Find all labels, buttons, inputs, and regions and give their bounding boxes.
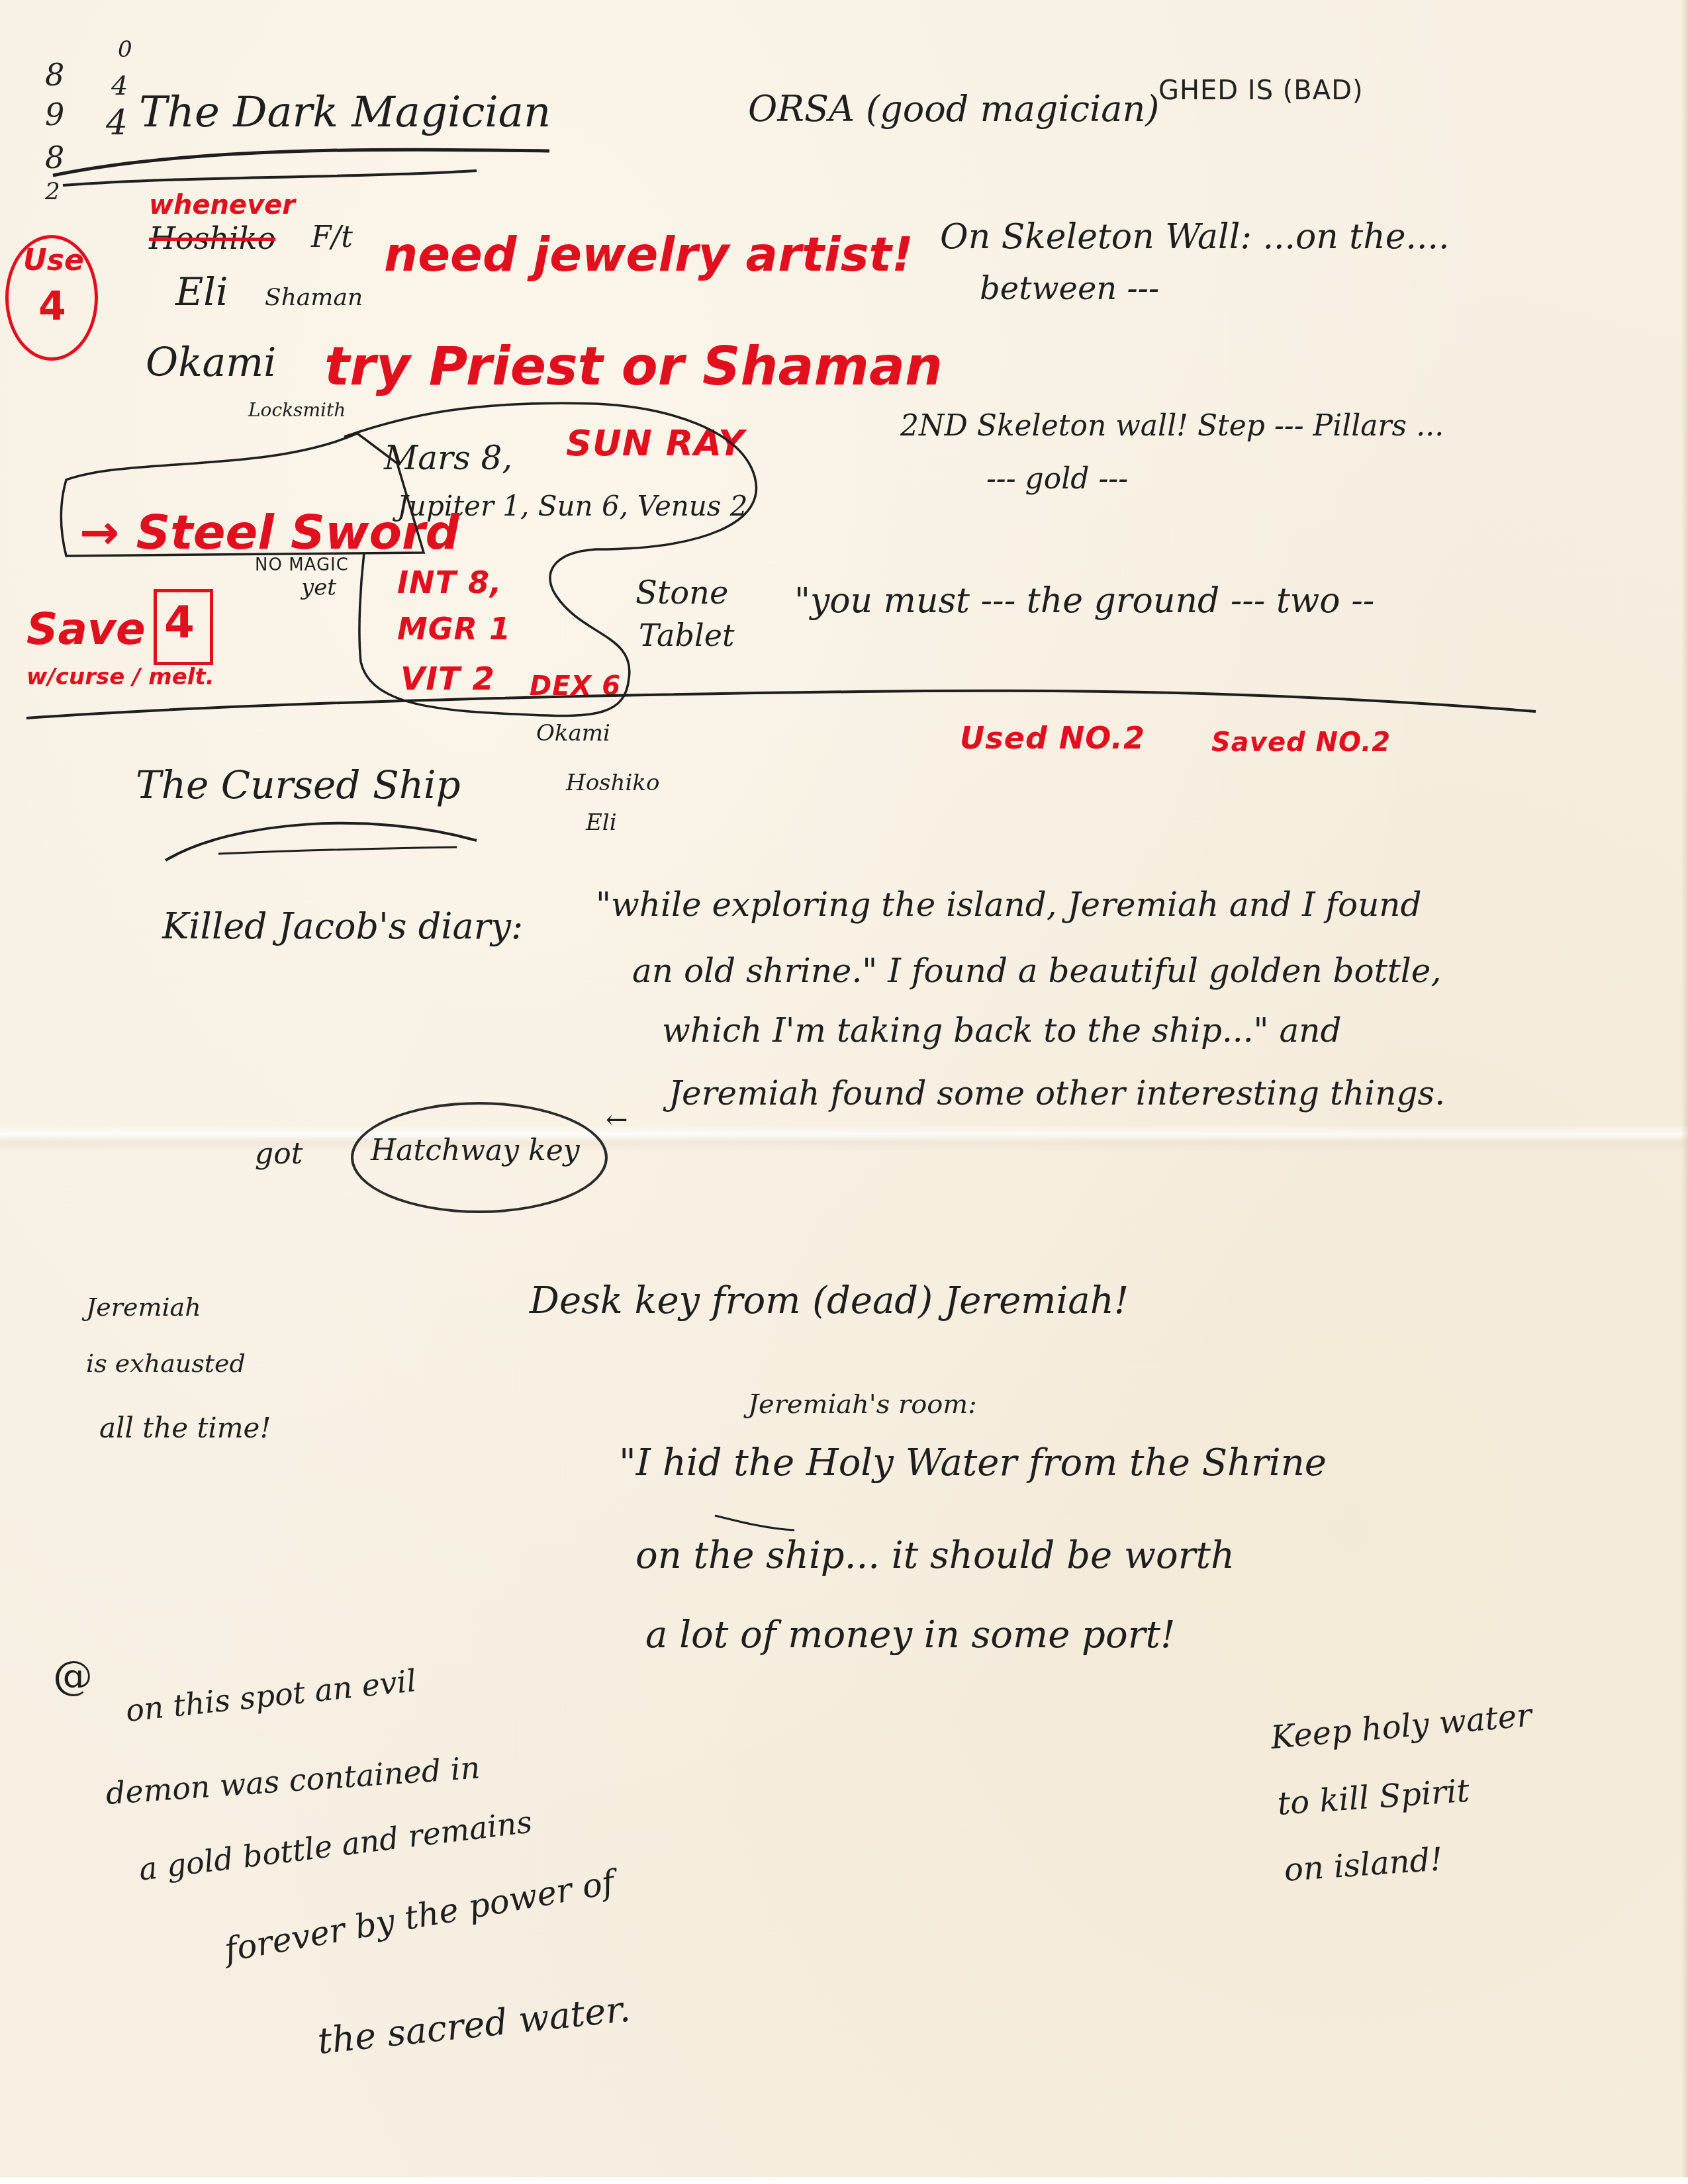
- stat-mgr: MGR 1: [397, 612, 511, 646]
- diary-label: Killed Jacob's diary:: [162, 907, 523, 946]
- jeremiah-note-line: Jeremiah: [86, 1294, 201, 1322]
- stat-dex: DEX 6: [530, 672, 621, 701]
- note-save: Save: [26, 606, 146, 654]
- margin-digit: 0: [118, 38, 132, 61]
- planets-line-1: Mars 8,: [384, 440, 512, 477]
- red-overwrite-whenever: whenever: [149, 191, 295, 220]
- section-divider: [26, 691, 1536, 718]
- paper-fold-crease: [0, 1125, 1688, 1152]
- jeremiah-note-line: all the time!: [99, 1413, 271, 1443]
- party-member: Hoshiko: [566, 771, 659, 796]
- skeleton-wall-2: 2ND Skeleton wall! Step --- Pillars ...: [900, 410, 1444, 442]
- room-quote-line: "I hid the Holy Water from the Shrine: [619, 1443, 1327, 1484]
- room-quote-line: a lot of money in some port!: [645, 1615, 1175, 1656]
- note-yet: yet: [301, 576, 336, 600]
- diary-line: "while exploring the island, Jeremiah an…: [596, 887, 1422, 923]
- note-used-no2: Used NO.2: [960, 721, 1145, 755]
- diary-line: Jeremiah found some other interesting th…: [669, 1075, 1445, 1112]
- section-title-cursed-ship: The Cursed Ship: [136, 764, 461, 807]
- note-w-curse-melt: w/curse / melt.: [26, 665, 214, 690]
- section-title-dark-magician: The Dark Magician: [139, 89, 551, 136]
- scan-bottom-margin: [0, 2177, 1688, 2184]
- margin-digit: 4: [111, 73, 128, 99]
- skeleton-wall-2-cont: --- gold ---: [986, 463, 1128, 495]
- ghed-note: GHED IS (BAD): [1158, 76, 1364, 105]
- inscription-line: the sacred water.: [316, 1989, 632, 2062]
- desk-key-note: Desk key from (dead) Jeremiah!: [530, 1281, 1129, 1322]
- room-quote-line: on the ship... it should be worth: [635, 1535, 1235, 1576]
- keep-holy-water-line: on island!: [1283, 1842, 1444, 1888]
- party-role-okami: Locksmith: [248, 400, 346, 421]
- margin-digit: 2: [45, 180, 60, 204]
- title-underline: [218, 847, 457, 854]
- got-label: got: [255, 1138, 303, 1170]
- note-sun-ray: SUN RAY: [566, 424, 745, 463]
- skeleton-wall-1: On Skeleton Wall: ...on the....: [940, 218, 1450, 256]
- item-hatchway-key: Hatchway key: [371, 1135, 580, 1167]
- at-symbol: @: [53, 1655, 93, 1698]
- stone-tablet-quote: "you must --- the ground --- two --: [794, 582, 1374, 620]
- title-underline: [165, 823, 477, 860]
- diary-line: which I'm taking back to the ship..." an…: [662, 1013, 1342, 1049]
- title-underline: [63, 171, 477, 185]
- note-try-priest-or-shaman: try Priest or Shaman: [324, 338, 943, 396]
- room-label: Jeremiah's room:: [748, 1390, 977, 1419]
- orsa-note: ORSA (good magician): [748, 89, 1159, 128]
- keep-holy-water-line: Keep holy water: [1270, 1698, 1533, 1756]
- margin-digit: 8: [45, 142, 64, 173]
- use-label: Use: [23, 245, 84, 277]
- stone-tablet-label-2: Tablet: [639, 619, 734, 653]
- arrow-left-icon: ←: [606, 1105, 628, 1134]
- stat-vit: VIT 2: [400, 662, 495, 697]
- paper-edge-shadow: [1681, 0, 1688, 2184]
- title-underline: [53, 150, 549, 175]
- margin-digit: 4: [106, 106, 128, 140]
- handwritten-notes-page: 8 9 8 2 0 4 4 The Dark Magician ORSA (go…: [0, 0, 1688, 2184]
- party-role-eli: Shaman: [265, 285, 363, 311]
- party-member: Eli: [586, 811, 617, 835]
- inscription-line: on this spot an evil: [124, 1664, 418, 1727]
- note-saved-no2: Saved NO.2: [1211, 728, 1391, 757]
- stat-int: INT 8,: [397, 566, 502, 600]
- skeleton-wall-1-cont: between ---: [980, 271, 1159, 306]
- stone-tablet-label: Stone: [635, 576, 728, 611]
- save-box-number: 4: [164, 599, 195, 647]
- keep-holy-water-line: to kill Spirit: [1276, 1774, 1470, 1822]
- party-member: Okami: [536, 721, 610, 746]
- inscription-line: a gold bottle and remains: [137, 1805, 534, 1886]
- party-role-hoshiko: F/t: [311, 222, 353, 253]
- holy-water-underline: [715, 1516, 794, 1530]
- party-member-hoshiko: Hoshiko: [149, 222, 275, 255]
- party-member-eli: Eli: [175, 271, 228, 314]
- note-need-jewelry-artist: need jewelry artist!: [384, 228, 914, 281]
- note-no-magic: NO MAGIC: [255, 556, 349, 575]
- inscription-line: demon was contained in: [105, 1751, 481, 1811]
- inscription-line: forever by the power of: [222, 1864, 617, 1969]
- note-steel-sword: → Steel Sword: [79, 506, 459, 559]
- jeremiah-note-line: is exhausted: [86, 1350, 246, 1378]
- party-member-okami: Okami: [146, 341, 276, 385]
- diary-line: an old shrine." I found a beautiful gold…: [632, 953, 1441, 989]
- margin-digit: 8: [45, 60, 64, 90]
- margin-digit: 9: [45, 99, 64, 130]
- use-number: 4: [38, 285, 66, 328]
